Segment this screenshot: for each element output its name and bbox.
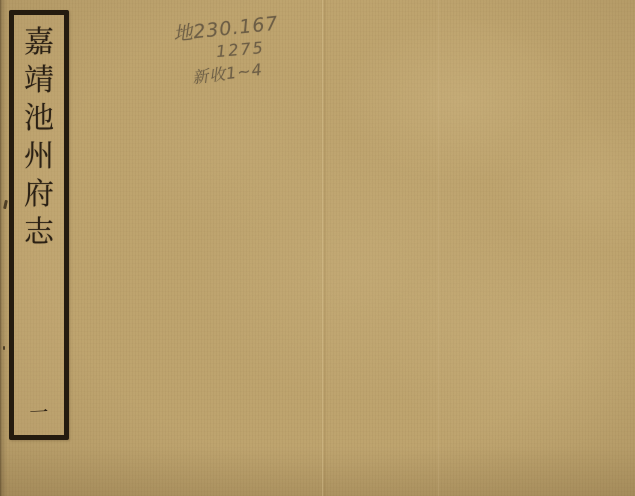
title-vertical: 嘉 靖 池 州 府 志 — [14, 28, 64, 248]
volume-marker: 一 — [14, 403, 65, 425]
paper-seam — [438, 0, 439, 496]
paper-grain-texture — [0, 0, 635, 496]
title-character: 志 — [24, 218, 54, 248]
title-character: 州 — [24, 142, 54, 172]
pencil-annotation-volumes: 新收1~4 — [191, 57, 264, 88]
title-label: 嘉 靖 池 州 府 志 一 — [9, 10, 69, 440]
paper-seam — [322, 0, 323, 496]
ink-speck — [3, 346, 5, 350]
ink-speck — [3, 200, 8, 209]
title-character: 池 — [24, 104, 54, 134]
title-character: 靖 — [24, 66, 54, 96]
title-character: 嘉 — [24, 28, 54, 58]
title-character: 府 — [24, 180, 54, 210]
paper-seam — [324, 0, 326, 496]
book-cover: 嘉 靖 池 州 府 志 一 地230.167 1275 新收1~4 — [0, 0, 635, 496]
